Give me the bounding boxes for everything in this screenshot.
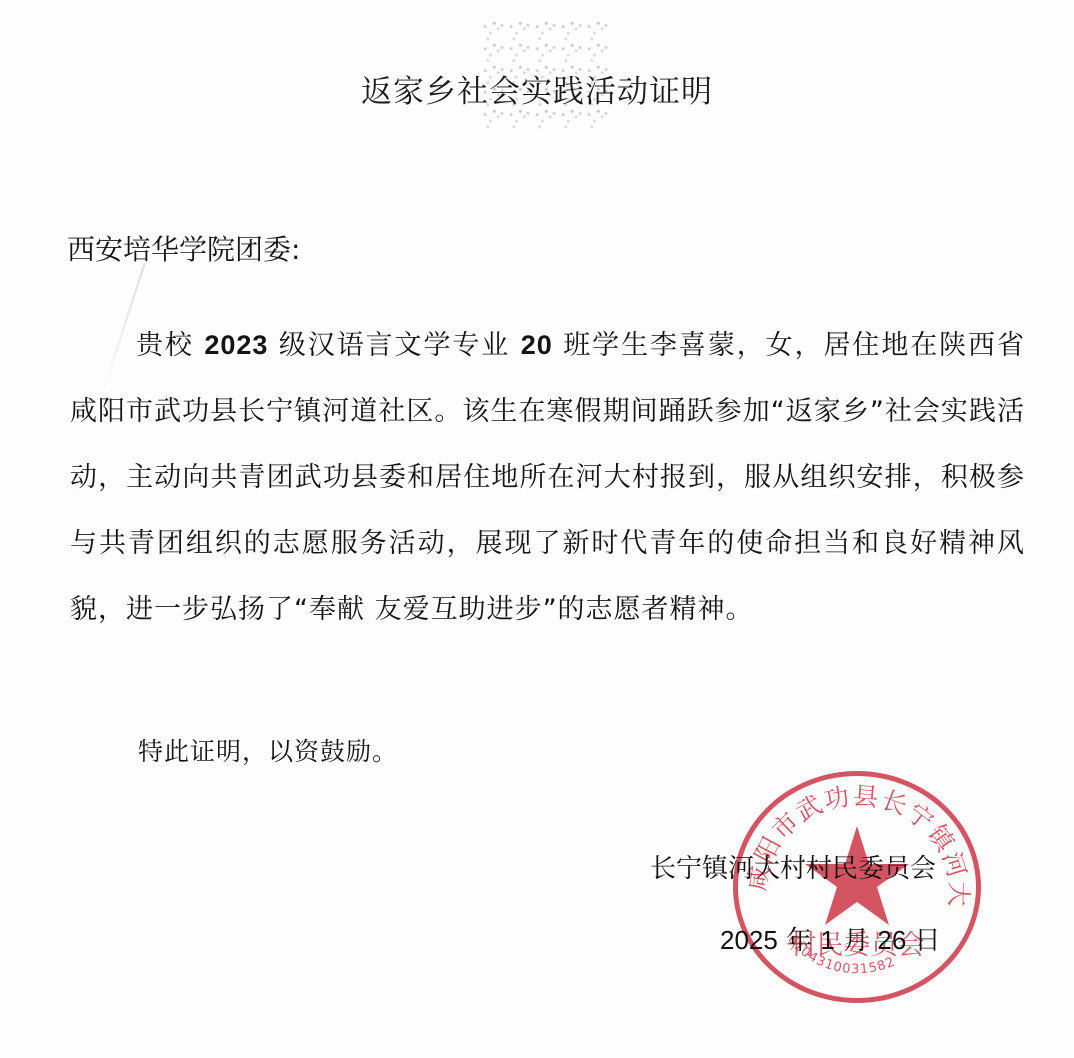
class-number: 20 <box>521 330 553 360</box>
issue-date: 2025 年 1 月 26 日 <box>720 920 941 957</box>
issuing-organization: 长宁镇河大村村民委员会 <box>650 848 936 885</box>
body-part-1: 贵校 <box>136 330 204 361</box>
body-part-2: 级汉语言文学专业 <box>268 330 520 361</box>
body-part-3: 班学生李喜蒙，女，居住地在陕西省咸阳市武功县长宁镇河道社区。该生在寒假期间踊跃参… <box>70 330 1025 625</box>
salutation: 西安培华学院团委: <box>67 228 300 268</box>
body-paragraph: 贵校 2023 级汉语言文学专业 20 班学生李喜蒙，女，居住地在陕西省咸阳市武… <box>70 312 1025 643</box>
closing-line: 特此证明，以资鼓励。 <box>138 732 398 768</box>
date-day-unit: 日 <box>906 926 940 956</box>
date-month-unit: 月 <box>835 926 878 956</box>
date-year: 2025 <box>720 925 778 955</box>
enrollment-year: 2023 <box>204 330 268 360</box>
document-page: 返家乡社会实践活动证明 西安培华学院团委: 贵校 2023 级汉语言文学专业 2… <box>0 0 1074 1058</box>
official-seal: 咸阳市武功县长宁镇河大村 村民委员会 6104310031582 <box>733 771 981 1003</box>
date-year-unit: 年 <box>778 926 821 956</box>
seal-graphic: 咸阳市武功县长宁镇河大村 村民委员会 6104310031582 <box>738 776 976 998</box>
document-title: 返家乡社会实践活动证明 <box>0 66 1074 111</box>
date-month: 1 <box>820 925 834 955</box>
date-day: 26 <box>877 925 906 955</box>
